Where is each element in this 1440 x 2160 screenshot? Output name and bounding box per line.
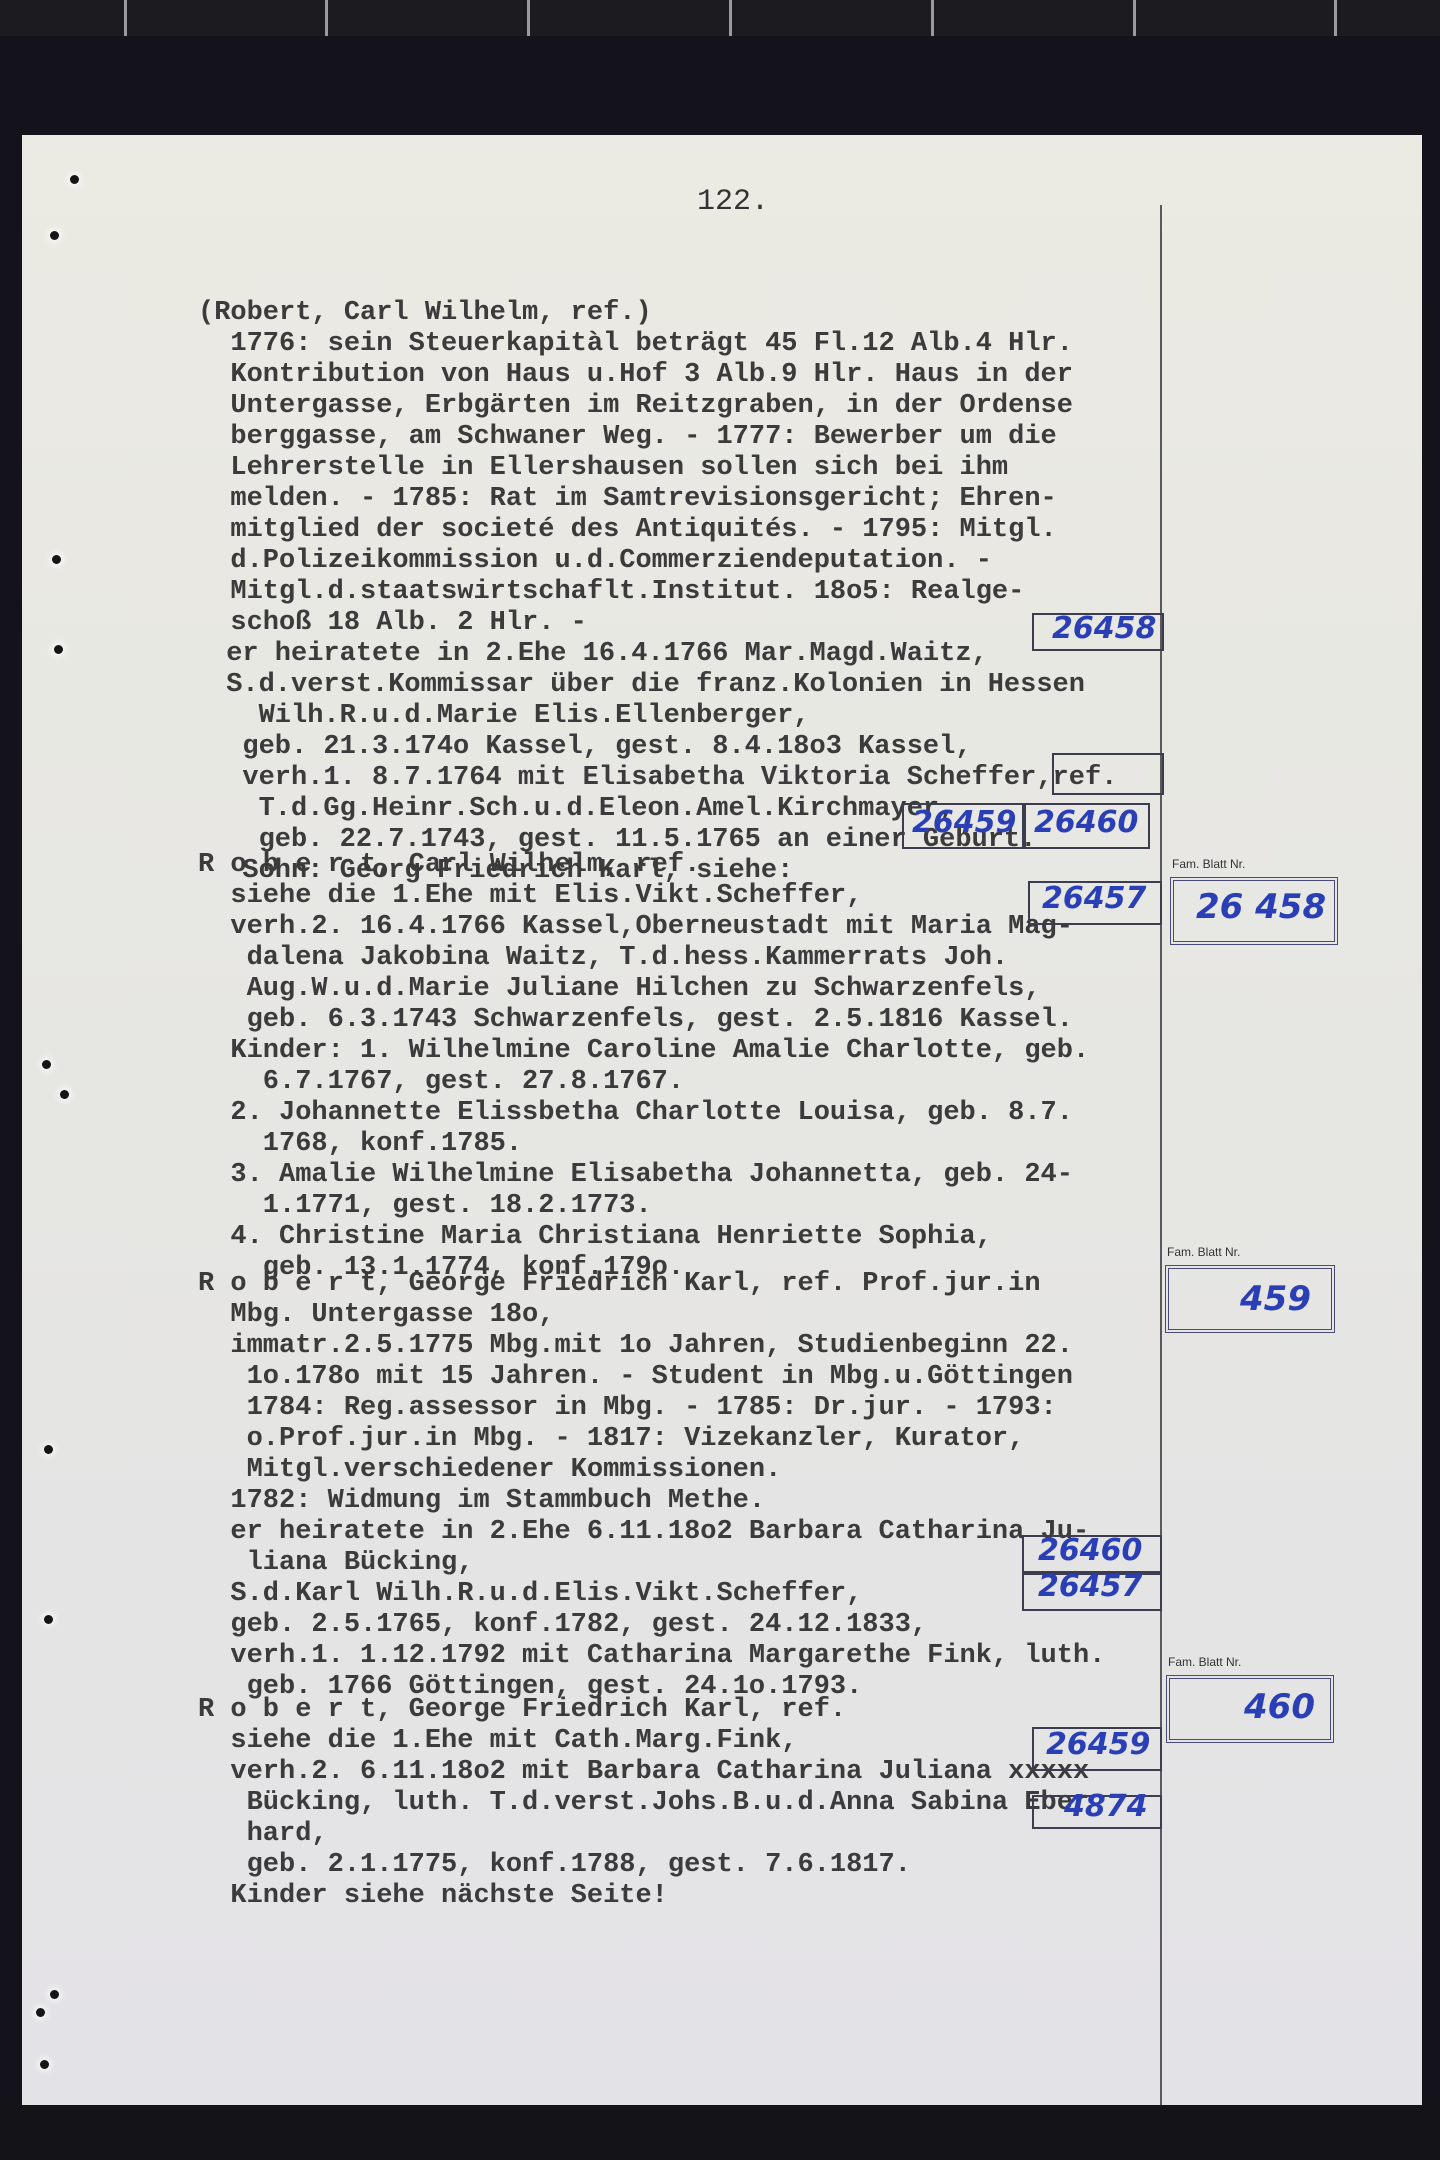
entry-line: schoß 18 Alb. 2 Hlr. - [198, 608, 587, 638]
ref-number: 26458 [1052, 611, 1156, 646]
entry-line: verh.1. 1.12.1792 mit Catharina Margaret… [198, 1641, 1105, 1671]
film-strip-top [0, 0, 1440, 36]
entry-line: dalena Jakobina Waitz, T.d.hess.Kammerra… [198, 943, 1008, 973]
entry-line: siehe die 1.Ehe mit Elis.Vikt.Scheffer, [198, 881, 862, 911]
page-number: 122. [697, 185, 769, 219]
entry-line: mitglied der societé des Antiquités. - 1… [198, 515, 1057, 545]
entry-line: S.d.verst.Kommissar über die franz.Kolon… [210, 670, 1085, 700]
punch-hole-icon [42, 1060, 51, 1069]
entry-line: Kinder: 1. Wilhelmine Caroline Amalie Ch… [198, 1036, 1089, 1066]
entry-line: 1.1771, gest. 18.2.1773. [198, 1191, 652, 1221]
entry-line: Mbg. Untergasse 18o, [198, 1300, 554, 1330]
entry-line: geb. 2.1.1775, konf.1788, gest. 7.6.1817… [198, 1850, 911, 1880]
ref-number: 26457 [1042, 881, 1146, 916]
punch-hole-icon [52, 555, 61, 564]
entry-line: Wilh.R.u.d.Marie Elis.Ellenberger, [210, 701, 810, 731]
fam-blatt-number: 26 458 [1196, 887, 1326, 927]
punch-hole-icon [36, 2008, 45, 2017]
entry-line: Aug.W.u.d.Marie Juliane Hilchen zu Schwa… [198, 974, 1041, 1004]
entry-line: T.d.Gg.Heinr.Sch.u.d.Eleon.Amel.Kirchmay… [210, 794, 955, 824]
entry-line: 1o.178o mit 15 Jahren. - Student in Mbg.… [198, 1362, 1073, 1392]
fam-blatt-number: 459 [1240, 1279, 1311, 1319]
film-strip-bottom [0, 2105, 1440, 2160]
ref-number: 26459 [912, 805, 1016, 840]
entry-line: er heiratete in 2.Ehe 16.4.1766 Mar.Magd… [210, 639, 988, 669]
punch-hole-icon [44, 1615, 53, 1624]
entry-line: Kontribution von Haus u.Hof 3 Alb.9 Hlr.… [198, 360, 1073, 390]
entry-line: verh.2. 6.11.18o2 mit Barbara Catharina … [198, 1757, 1089, 1787]
entry-line: siehe die 1.Ehe mit Cath.Marg.Fink, [198, 1726, 798, 1756]
punch-hole-icon [50, 231, 59, 240]
entry-line: S.d.Karl Wilh.R.u.d.Elis.Vikt.Scheffer, [198, 1579, 862, 1609]
ref-number: 26459 [1046, 1727, 1150, 1762]
entry-line: verh.1. 8.7.1764 mit Elisabetha Viktoria… [210, 763, 1117, 793]
entry-line: o.Prof.jur.in Mbg. - 1817: Vizekanzler, … [198, 1424, 1024, 1454]
entry-line: immatr.2.5.1775 Mbg.mit 1o Jahren, Studi… [198, 1331, 1073, 1361]
entry-line: Mitgl.verschiedener Kommissionen. [198, 1455, 781, 1485]
ref-box-empty [1052, 753, 1164, 795]
fam-blatt-number: 460 [1244, 1687, 1315, 1727]
punch-hole-icon [60, 1090, 69, 1099]
entry-line: liana Bücking, [198, 1548, 473, 1578]
entry-line: 1776: sein Steuerkapitàl beträgt 45 Fl.1… [198, 329, 1073, 359]
entry-line: Untergasse, Erbgärten im Reitzgraben, in… [198, 391, 1073, 421]
entry-line: hard, [198, 1819, 328, 1849]
document-page: 122. (Robert, Carl Wilhelm, ref.) 1776: … [22, 135, 1422, 2105]
entry-line: geb. 2.5.1765, konf.1782, gest. 24.12.18… [198, 1610, 927, 1640]
entry-heading: R o b e r t, George Friedrich Karl, ref.… [198, 1269, 1041, 1299]
ref-number: 26460 [1034, 805, 1138, 840]
entry-line: 1782: Widmung im Stammbuch Methe. [198, 1486, 765, 1516]
entry-line: (Robert, Carl Wilhelm, ref.) [198, 298, 652, 328]
ref-number: 4874 [1064, 1789, 1148, 1824]
fam-blatt-label: Fam. Blatt Nr. [1172, 857, 1245, 871]
fam-blatt-label: Fam. Blatt Nr. [1168, 1655, 1241, 1669]
entry-line: Bücking, luth. T.d.verst.Johs.B.u.d.Anna… [198, 1788, 1089, 1818]
entry-line: 1768, konf.1785. [198, 1129, 522, 1159]
entry-line: er heiratete in 2.Ehe 6.11.18o2 Barbara … [198, 1517, 1089, 1547]
entry-line: 4. Christine Maria Christiana Henriette … [198, 1222, 992, 1252]
entry-line: 6.7.1767, gest. 27.8.1767. [198, 1067, 684, 1097]
entry-line: 1784: Reg.assessor in Mbg. - 1785: Dr.ju… [198, 1393, 1057, 1423]
entry-heading: R o b e r t, George Friedrich Karl, ref. [198, 1695, 846, 1725]
entry-line: verh.2. 16.4.1766 Kassel,Oberneustadt mi… [198, 912, 1073, 942]
punch-hole-icon [54, 645, 63, 654]
entry-line: Mitgl.d.staatswirtschaflt.Institut. 18o5… [198, 577, 1024, 607]
entry-line: melden. - 1785: Rat im Samtrevisionsgeri… [198, 484, 1057, 514]
ref-number: 26457 [1038, 1569, 1142, 1604]
entry-line: geb. 6.3.1743 Schwarzenfels, gest. 2.5.1… [198, 1005, 1073, 1035]
entry-line: 3. Amalie Wilhelmine Elisabetha Johannet… [198, 1160, 1073, 1190]
entry-line: d.Polizeikommission u.d.Commerziendeputa… [198, 546, 992, 576]
punch-hole-icon [50, 1990, 59, 1999]
fam-blatt-label: Fam. Blatt Nr. [1167, 1245, 1240, 1259]
ref-number: 26460 [1038, 1533, 1142, 1568]
entry-line: Lehrerstelle in Ellershausen sollen sich… [198, 453, 1008, 483]
punch-hole-icon [70, 175, 79, 184]
entry-heading: R o b e r t, Carl Wilhelm, ref. [198, 850, 700, 880]
entry-line: berggasse, am Schwaner Weg. - 1777: Bewe… [198, 422, 1057, 452]
punch-hole-icon [40, 2060, 49, 2069]
punch-hole-icon [44, 1445, 53, 1454]
entry-line: geb. 21.3.174o Kassel, gest. 8.4.18o3 Ka… [210, 732, 972, 762]
entry-line: 2. Johannette Elissbetha Charlotte Louis… [198, 1098, 1073, 1128]
entry-line: Kinder siehe nächste Seite! [198, 1881, 668, 1911]
